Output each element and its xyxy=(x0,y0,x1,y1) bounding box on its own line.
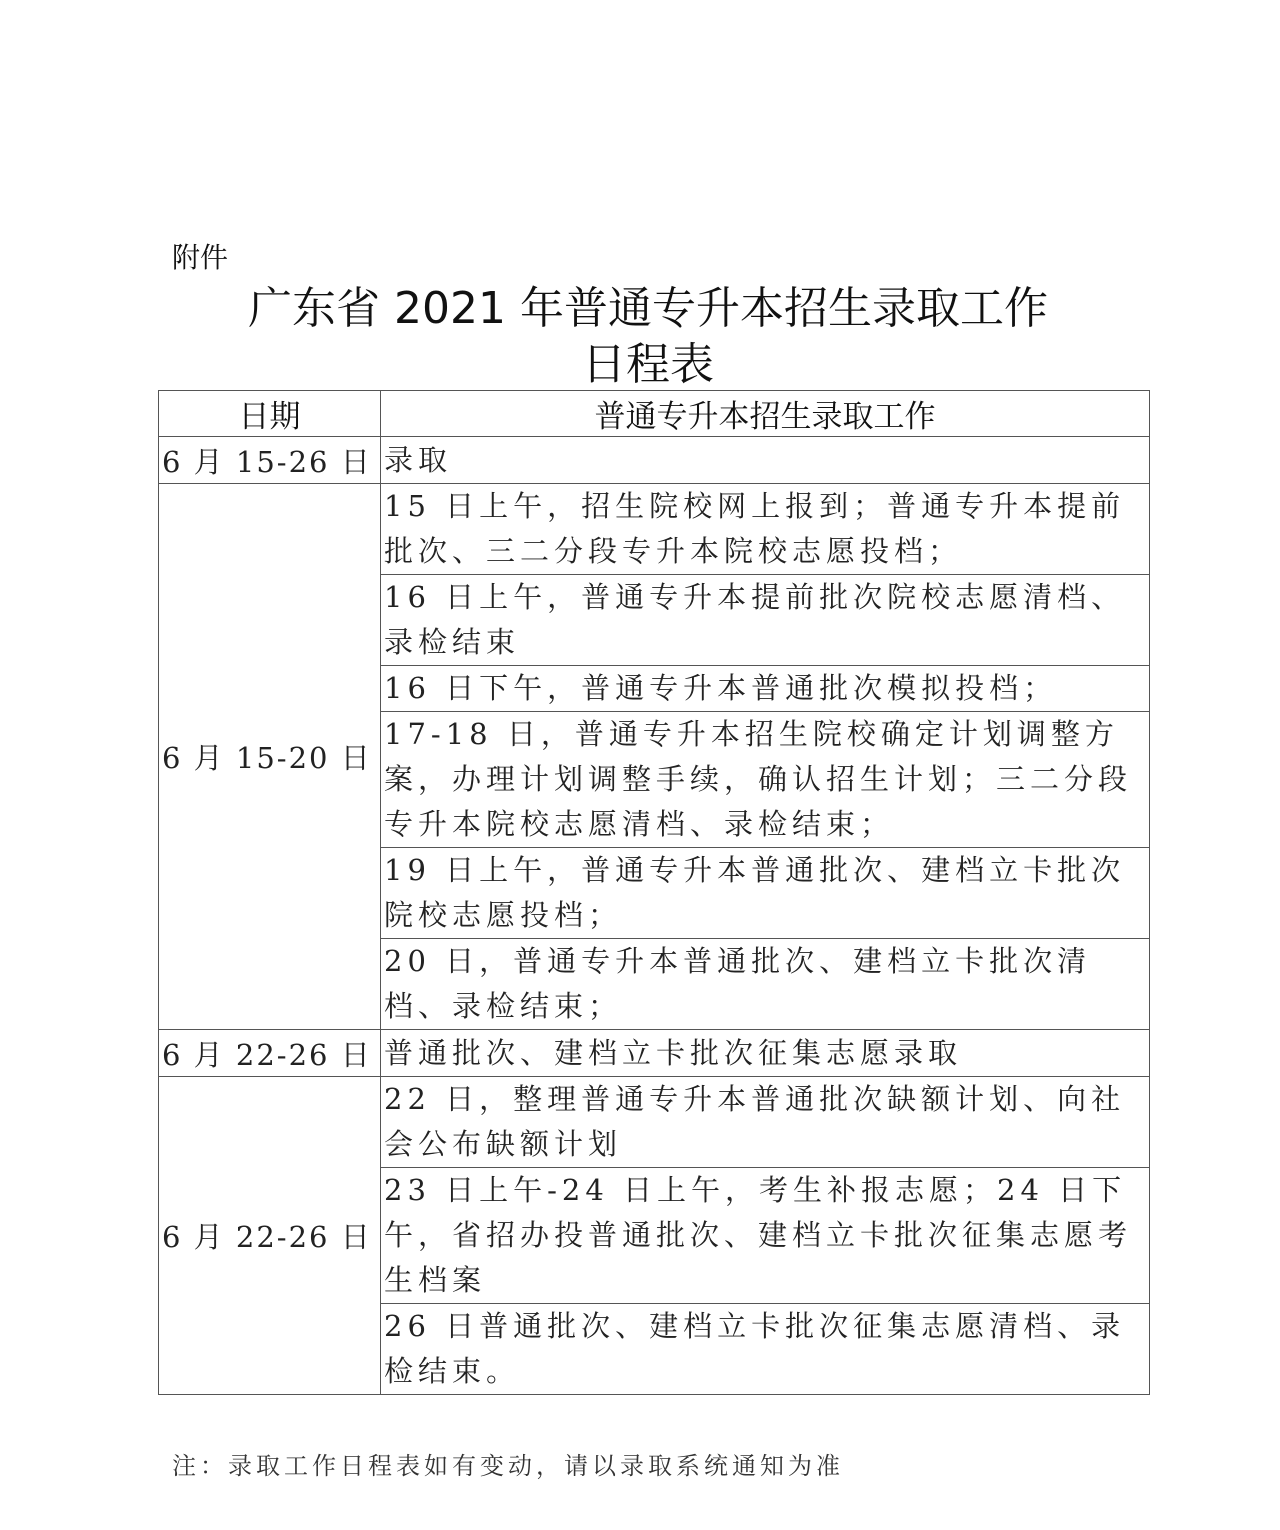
table-header-row: 日期 普通专升本招生录取工作 xyxy=(159,391,1150,437)
table-row: 6 月 22-26 日 普通批次、建档立卡批次征集志愿录取 xyxy=(159,1030,1150,1077)
date-cell: 6 月 22-26 日 xyxy=(159,1030,381,1077)
task-cell: 录取 xyxy=(381,437,1150,484)
attachment-label: 附件 xyxy=(172,236,228,276)
date-cell: 6 月 15-20 日 xyxy=(159,484,381,1030)
task-cell: 23 日上午-24 日上午，考生补报志愿；24 日下午，省招办投普通批次、建档立… xyxy=(381,1168,1150,1304)
task-cell: 19 日上午，普通专升本普通批次、建档立卡批次院校志愿投档； xyxy=(381,848,1150,939)
date-cell: 6 月 15-26 日 xyxy=(159,437,381,484)
header-work: 普通专升本招生录取工作 xyxy=(381,391,1150,437)
table-row: 6 月 15-26 日 录取 xyxy=(159,437,1150,484)
task-cell: 普通批次、建档立卡批次征集志愿录取 xyxy=(381,1030,1150,1077)
table-row: 6 月 15-20 日 15 日上午，招生院校网上报到；普通专升本提前批次、三二… xyxy=(159,484,1150,575)
document-subtitle: 日程表 xyxy=(8,338,1280,392)
header-date: 日期 xyxy=(159,391,381,437)
task-cell: 20 日，普通专升本普通批次、建档立卡批次清档、录检结束； xyxy=(381,939,1150,1030)
task-cell: 16 日下午，普通专升本普通批次模拟投档； xyxy=(381,666,1150,712)
task-cell: 15 日上午，招生院校网上报到；普通专升本提前批次、三二分段专升本院校志愿投档； xyxy=(381,484,1150,575)
date-cell: 6 月 22-26 日 xyxy=(159,1077,381,1395)
task-cell: 22 日，整理普通专升本普通批次缺额计划、向社会公布缺额计划 xyxy=(381,1077,1150,1168)
task-cell: 26 日普通批次、建档立卡批次征集志愿清档、录检结束。 xyxy=(381,1304,1150,1395)
document-title: 广东省 2021 年普通专升本招生录取工作 xyxy=(8,282,1280,336)
schedule-table: 日期 普通专升本招生录取工作 6 月 15-26 日 录取 6 月 15-20 … xyxy=(158,390,1150,1395)
table-row: 6 月 22-26 日 22 日，整理普通专升本普通批次缺额计划、向社会公布缺额… xyxy=(159,1077,1150,1168)
footnote: 注：录取工作日程表如有变动，请以录取系统通知为准 xyxy=(172,1446,844,1481)
task-cell: 16 日上午，普通专升本提前批次院校志愿清档、录检结束 xyxy=(381,575,1150,666)
task-cell: 17-18 日，普通专升本招生院校确定计划调整方案，办理计划调整手续，确认招生计… xyxy=(381,712,1150,848)
